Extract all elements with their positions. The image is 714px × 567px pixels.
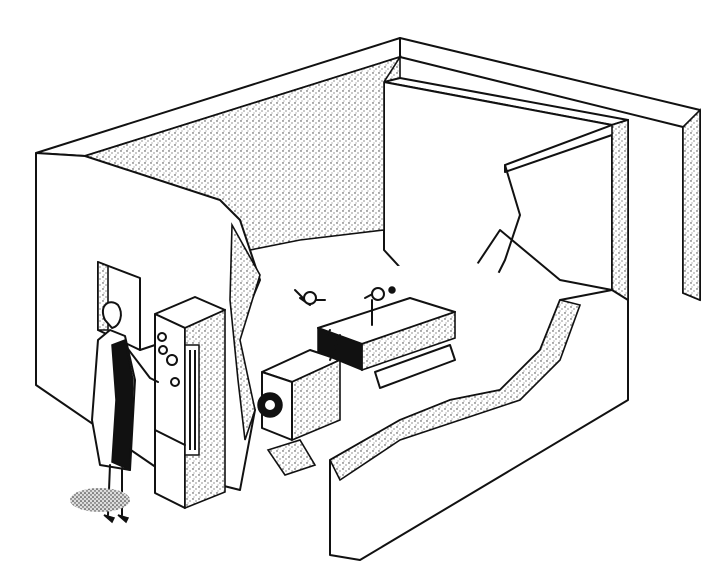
room-cutaway-drawing bbox=[0, 0, 714, 567]
dial-icon bbox=[158, 333, 166, 341]
illustration-canvas: Treatment room cutaway with operator at … bbox=[0, 0, 714, 567]
floor-shadow bbox=[70, 488, 130, 512]
knob-icon bbox=[167, 355, 177, 365]
meter-scale bbox=[185, 345, 199, 455]
knob-icon bbox=[171, 378, 179, 386]
dial-icon bbox=[159, 346, 167, 354]
control-console bbox=[155, 297, 225, 508]
